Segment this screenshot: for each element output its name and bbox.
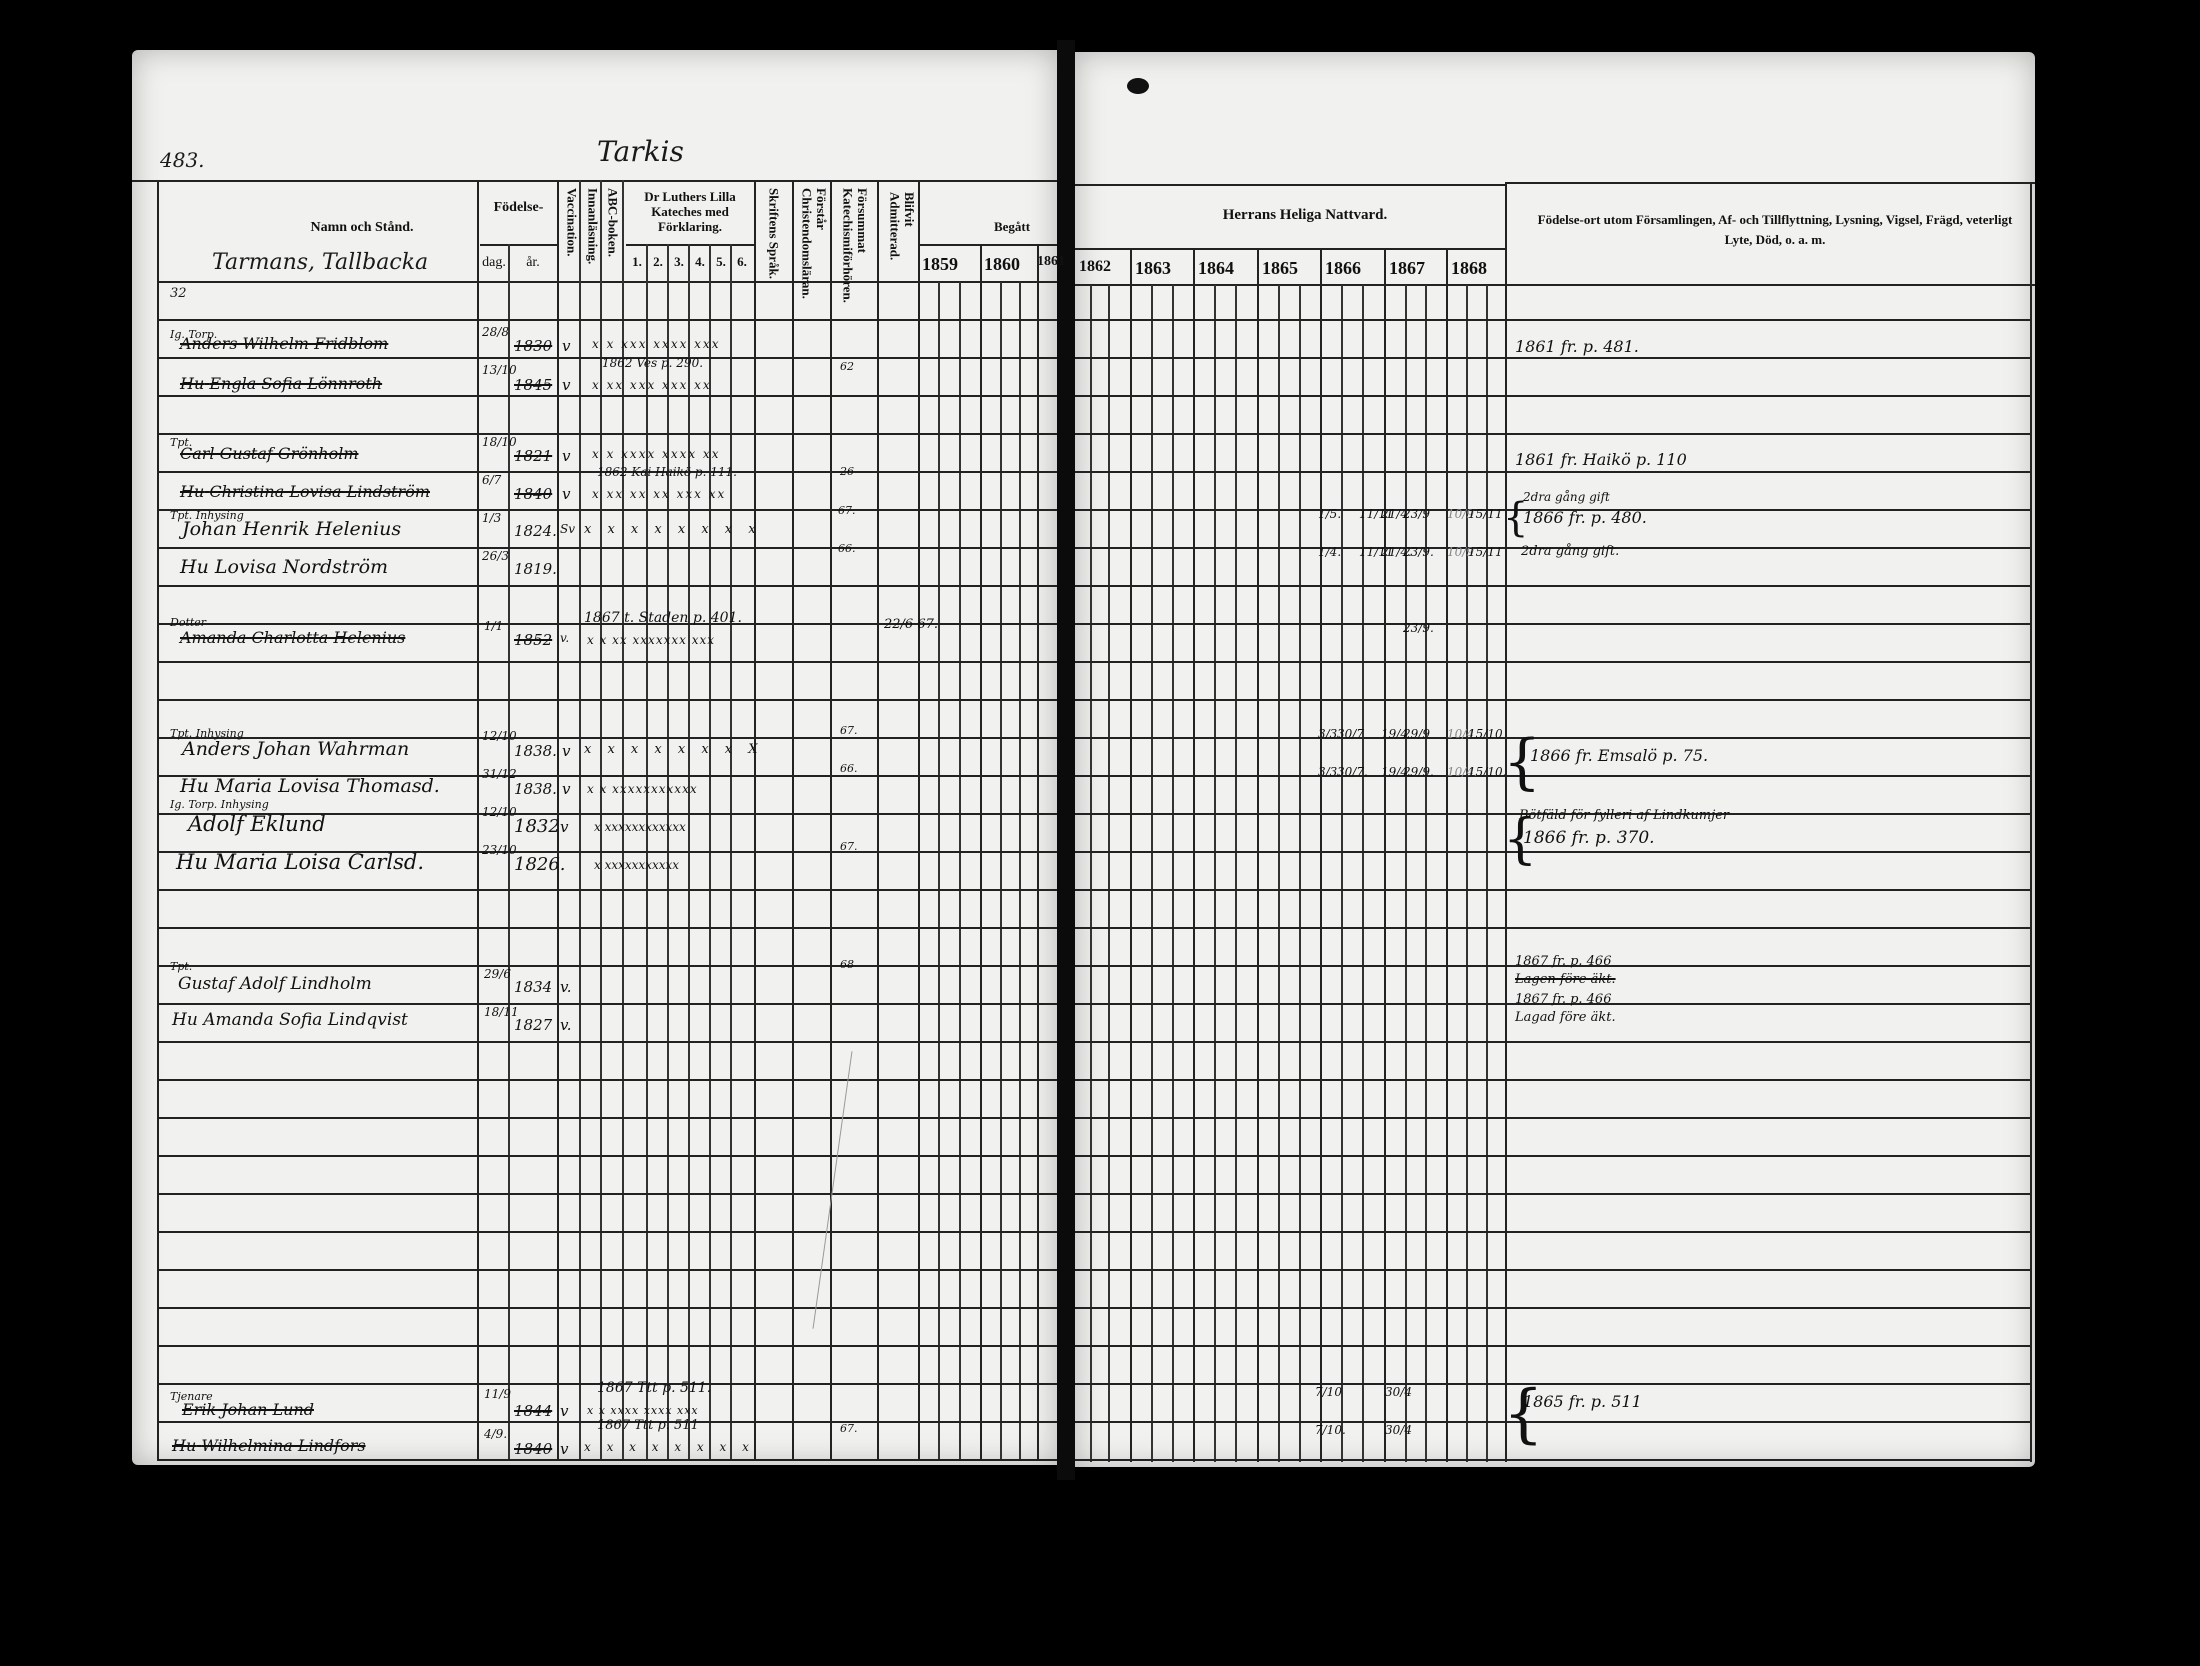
entry-catechism-marks: x x xx xxxxxxx xxx	[587, 633, 715, 647]
entry-birth-day: 13/10	[482, 364, 517, 377]
col-rule	[792, 180, 794, 1460]
remark: 1866 fr. p. 480.	[1523, 508, 1647, 527]
mark: 15/11	[1468, 546, 1503, 559]
mark: 30/4	[1385, 1386, 1412, 1399]
entry-missed: 66.	[840, 762, 858, 775]
entry-missed: 67.	[840, 840, 858, 853]
entry-catechism-marks: x xx xxx xxx xx	[592, 378, 712, 392]
entry-catechism-marks: x x xxxx xxxx xx	[592, 447, 720, 461]
entry-title: Tpt.	[170, 960, 192, 973]
header-bottom-rule	[1075, 284, 2035, 286]
entry-vaccination: v	[562, 447, 570, 465]
remark: 1867 fr. p. 466	[1515, 954, 1611, 969]
header-top-rule	[1505, 182, 2035, 184]
mark: 7/10	[1315, 1386, 1342, 1399]
mark: 15/11	[1468, 508, 1503, 521]
right-border	[2030, 182, 2032, 1462]
header-birth-day: dag.	[480, 255, 508, 271]
catechism-part-6: 6.	[733, 255, 751, 270]
entry-name: Hu Lovisa Nordström	[180, 556, 388, 578]
header-reading: Innanläsning.	[585, 188, 599, 264]
entry-catechism-marks: x xxxxxxxxxxxx	[594, 820, 686, 834]
entry-name: Hu Maria Lovisa Thomasd.	[180, 775, 440, 797]
entry-vaccination: v	[562, 780, 570, 798]
catechism-part-4: 4.	[691, 255, 709, 270]
entry-catechism-marks: x x x x x x x X	[584, 742, 764, 757]
col-rule	[1019, 282, 1021, 1460]
years-divider	[1075, 248, 1505, 250]
header-communion-begatt: Begått	[972, 220, 1052, 235]
entry-missed: 68	[840, 958, 854, 971]
birth-divider	[480, 244, 557, 246]
entry-birth-year: 1826.	[514, 854, 566, 875]
col-rule	[1257, 248, 1259, 1462]
entry-vaccination: v.	[560, 631, 569, 645]
mark: 23/9.	[1403, 622, 1434, 635]
year-1867: 1867	[1389, 258, 1425, 279]
binding-hole	[1127, 78, 1149, 94]
entry-vaccination: v.	[560, 1016, 571, 1034]
year-1860: 1860	[984, 254, 1020, 275]
entry-birth-day: 26/3	[482, 550, 509, 563]
mark: 15/10.	[1468, 766, 1506, 779]
year-1859: 1859	[922, 254, 958, 275]
header-vaccination: Vaccination.	[564, 188, 578, 257]
col-rule	[1000, 282, 1002, 1460]
mark: 23/9.	[1403, 546, 1434, 559]
entry-birth-year: 1830	[514, 337, 552, 355]
header-birth-year: år.	[510, 255, 556, 271]
mark: 7/10.	[1315, 1424, 1346, 1437]
col-rule	[579, 180, 581, 1460]
entry-birth-year: 1838.	[514, 742, 557, 760]
entry-birth-year: 1844	[514, 1402, 552, 1420]
entry-vaccination: Sv	[560, 522, 575, 536]
entry-note: 1862 Ves p. 290.	[602, 356, 703, 370]
col-rule	[754, 180, 756, 1460]
col-rule	[1130, 248, 1132, 1462]
left-page: 483. Tarkis Namn och Stånd. Tarmans, Tal…	[132, 50, 1057, 1465]
col-rule	[877, 180, 879, 1460]
header-scripture: Skriftens Språk.	[766, 188, 780, 279]
entry-catechism-marks: x x x x x x x x	[584, 522, 762, 537]
entry-birth-year: 1824.	[514, 522, 557, 540]
entry-name: Hu Amanda Sofia Lindqvist	[172, 1010, 408, 1030]
col-rule	[918, 180, 920, 1460]
col-rule	[1193, 248, 1195, 1462]
catechism-part-5: 5.	[712, 255, 730, 270]
entry-birth-day: 12/10	[482, 806, 517, 819]
entry-birth-day: 11/9	[484, 1388, 511, 1401]
mark: 23/9	[1403, 508, 1430, 521]
entry-missed: 67.	[840, 1422, 858, 1435]
entry-name: Hu Maria Loisa Carlsd.	[176, 850, 424, 874]
entry-catechism-marks: x x xxx xxxx xxx	[592, 337, 720, 351]
entry-birth-day: 29/6	[484, 968, 511, 981]
entry-birth-year: 1832	[514, 816, 560, 837]
col-rule	[1320, 248, 1322, 1462]
mark: 30/7.	[1337, 766, 1368, 779]
entry-name: Carl Gustaf Grönholm	[180, 444, 359, 463]
col-rule	[1446, 248, 1448, 1462]
entry-birth-day: 4/9.	[484, 1428, 507, 1441]
entry-birth-day: 1/3	[482, 512, 501, 525]
header-understands: Förstår Christendomsläran.	[796, 188, 828, 278]
header-admitted: Blifvit Admitterad.	[884, 192, 916, 272]
entry-title: Ig. Torp. Inhysing	[170, 798, 269, 811]
year-1862: 1862	[1079, 258, 1111, 276]
year-1865: 1865	[1262, 258, 1298, 279]
col-rule	[1384, 248, 1386, 1462]
entry-catechism-marks: x x x x x x x x	[584, 1440, 755, 1454]
remark: 1866 fr. p. 370.	[1523, 828, 1655, 848]
mark: 30/4	[1385, 1424, 1412, 1437]
catechism-part-2: 2.	[649, 255, 667, 270]
entry-missed: 67.	[840, 724, 858, 737]
header-birth: Födelse-	[480, 200, 557, 216]
entry-admitted: 22/6 67.	[884, 618, 938, 632]
entry-vaccination: v	[562, 485, 570, 503]
entry-vaccination: v.	[560, 978, 571, 996]
entry-name: Gustaf Adolf Lindholm	[178, 974, 372, 994]
entry-vaccination: v	[560, 818, 568, 836]
header-top-rule	[1075, 184, 1505, 186]
mark: 30/7	[1337, 728, 1364, 741]
entry-note: 1867 Ttt p. 511.	[597, 1380, 711, 1396]
entry-missed: 62	[840, 360, 854, 373]
entry-birth-year: 1821	[514, 447, 552, 465]
entry-name: Anders Johan Wahrman	[182, 738, 409, 760]
remark: 1866 fr. Emsalö p. 75.	[1530, 746, 1708, 765]
entry-name: Hu Wilhelmina Lindfors	[172, 1436, 366, 1455]
entry-missed: 66.	[838, 542, 856, 555]
catechism-part-3: 3.	[670, 255, 688, 270]
year-1866: 1866	[1325, 258, 1361, 279]
right-page: Herrans Heliga Nattvard. 1862 1863 1864 …	[1075, 52, 2035, 1467]
catechism-part-1: 1.	[628, 255, 646, 270]
entry-catechism-marks: x xxxxxxxxxxx	[594, 858, 679, 872]
col-rule	[938, 282, 940, 1460]
entry-birth-year: 1827	[514, 1016, 552, 1034]
header-catechism: Dr Luthers Lilla Kateches med Förklaring…	[626, 190, 754, 235]
remark: 1861 fr. Haikö p. 110	[1515, 450, 1687, 469]
remark: Bötfäld för fylleri af Lindkumjer	[1519, 808, 1729, 823]
entry-birth-year: 1845	[514, 376, 552, 394]
remark: 2dra gång gift	[1523, 490, 1610, 504]
header-remarks: Födelse-ort utom Församlingen, Af- och T…	[1525, 210, 2025, 249]
entry-vaccination: v	[560, 1440, 568, 1458]
household-number: 32	[170, 286, 187, 301]
entry-birth-year: 1840	[514, 485, 552, 503]
remark: 1865 fr. p. 511	[1523, 1392, 1642, 1411]
mark: 29/9.	[1403, 766, 1434, 779]
entry-vaccination: v	[562, 742, 570, 760]
remark: 1861 fr. p. 481.	[1515, 337, 1639, 356]
entry-name: Amanda Charlotta Helenius	[180, 628, 405, 647]
entry-vaccination: v	[560, 1402, 568, 1420]
mark: 1/5.	[1318, 508, 1341, 521]
col-rule	[477, 180, 479, 1460]
entry-note: 1867 Ttt p. 511	[597, 1418, 699, 1433]
entry-birth-year: 1834	[514, 978, 552, 996]
mark: 15/10	[1468, 728, 1503, 741]
place-heading: Tarkis	[597, 135, 684, 168]
entry-birth-year: 1819.	[514, 560, 557, 578]
entry-birth-day: 12/10	[482, 730, 517, 743]
entry-catechism-marks: x xx xx xx xxx xx	[592, 487, 726, 501]
entry-name: Anders Wilhelm Fridblom	[180, 334, 388, 353]
entry-birth-year: 1838.	[514, 780, 557, 798]
remark: 1867 fr. p. 466	[1515, 992, 1611, 1007]
mark: 29/9	[1403, 728, 1430, 741]
entry-vaccination: v	[562, 376, 570, 394]
remark: Lagad före äkt.	[1515, 1010, 1616, 1025]
year-1864: 1864	[1198, 258, 1234, 279]
entry-missed: 67.	[838, 504, 856, 517]
entry-birth-day: 18/10	[482, 436, 517, 449]
year-1863: 1863	[1135, 258, 1171, 279]
header-missed: Försummat Katechismiförhören.	[837, 188, 869, 278]
entry-birth-day: 1/1	[484, 620, 503, 633]
village-heading: Tarmans, Tallbacka	[212, 250, 428, 275]
header-bottom-rule	[157, 281, 1057, 283]
year-1861: 1861	[1037, 254, 1065, 270]
entry-birth-year: 1852	[514, 631, 552, 649]
entry-missed: 26	[840, 465, 854, 478]
entry-name: Hu Engla Sofia Lönnroth	[180, 374, 382, 393]
entry-vaccination: v	[562, 337, 570, 355]
entry-birth-day: 31/12	[482, 768, 517, 781]
header-abc: ABC-boken.	[605, 188, 619, 257]
year-1868: 1868	[1451, 258, 1487, 279]
pencil-margin-mark	[813, 1051, 853, 1328]
entry-catechism-marks: x x xxxx xxxx xxx	[587, 1404, 699, 1417]
entry-name: Erik Johan Lund	[182, 1400, 314, 1419]
header-communion: Herrans Heliga Nattvard.	[1155, 207, 1455, 224]
entry-name: Adolf Eklund	[188, 812, 326, 836]
header-name: Namn och Stånd.	[262, 220, 462, 236]
entry-note: 1862 Kai Haikö p. 111.	[597, 465, 737, 479]
remark: 2dra gång gift.	[1521, 544, 1619, 559]
entry-name: Johan Henrik Helenius	[182, 518, 401, 540]
entry-catechism-marks: x x xxxxxxxxxxx	[587, 782, 698, 796]
entry-birth-day: 28/8	[482, 326, 509, 339]
entry-birth-day: 6/7	[482, 474, 501, 487]
page-number: 483.	[160, 148, 205, 172]
remark: Lagen före äkt.	[1515, 972, 1616, 987]
entry-birth-day: 23/10	[482, 844, 517, 857]
entry-birth-year: 1840	[514, 1440, 552, 1458]
entry-name: Hu Christina Lovisa Lindström	[180, 482, 430, 501]
col-rule	[959, 282, 961, 1460]
mark: 1/4.	[1318, 546, 1341, 559]
left-border	[157, 180, 159, 1460]
col-rule	[830, 180, 832, 1460]
entry-note: 1867 t. Staden p. 401.	[584, 610, 742, 626]
